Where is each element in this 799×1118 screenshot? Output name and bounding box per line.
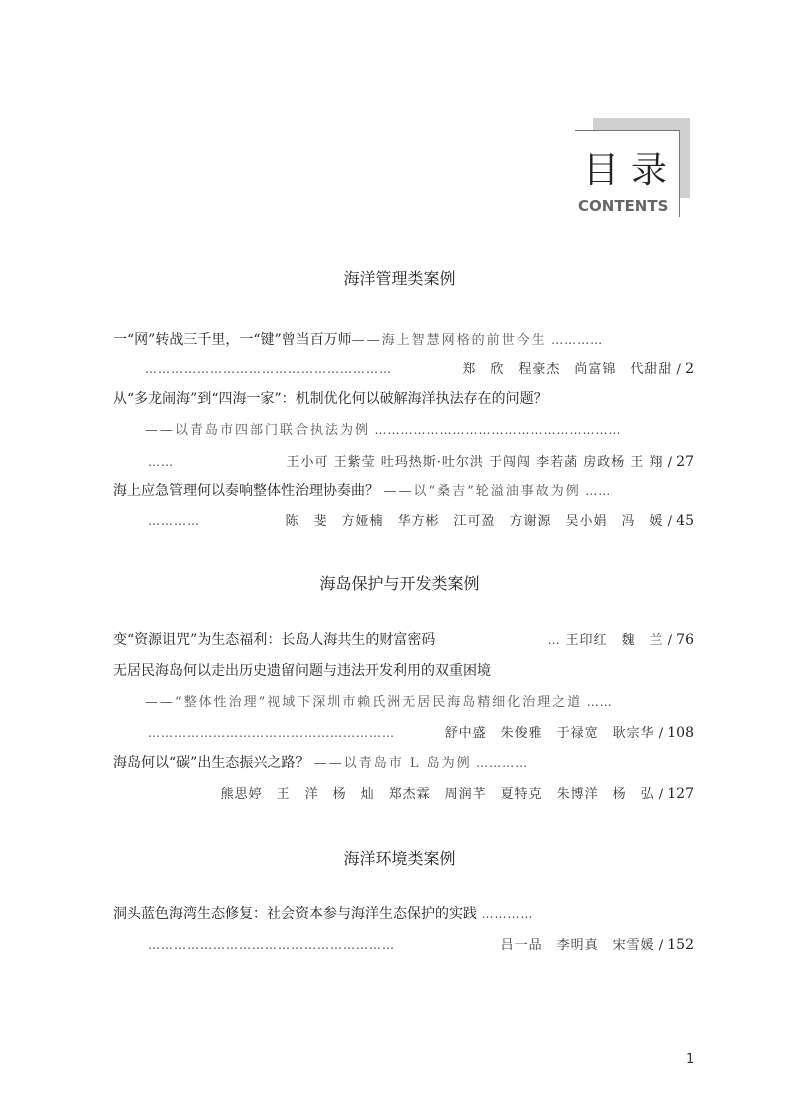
leader-dots: … <box>548 633 566 647</box>
entry-title: 一“网”转战三千里，一“键”曾当百万师 <box>113 332 352 348</box>
leader-dots: ………… <box>551 333 603 347</box>
toc-entry-title[interactable]: 海岛何以“碳”出生态振兴之路？ ——以青岛市 L 岛为例 ………… <box>113 754 528 773</box>
toc-entry-title[interactable]: 无居民海岛何以走出历史遗留问题与违法开发利用的双重困境 <box>113 662 491 680</box>
entry-subtitle: ——以青岛市四部门联合执法为例 <box>145 423 370 438</box>
toc-entry-authors: 舒中盛 朱俊雅 于禄宽 耿宗华 / 108 <box>445 724 694 743</box>
toc-entry-title[interactable]: 一“网”转战三千里，一“键”曾当百万师——海上智慧网格的前世今生 ………… <box>113 331 603 350</box>
toc-entry-authors: … 王印红 魏 兰 / 76 <box>548 631 694 650</box>
toc-entry-title[interactable]: 洞头蓝色海湾生态修复：社会资本参与海洋生态保护的实践 ………… <box>113 905 533 923</box>
entry-page-number[interactable]: 127 <box>667 786 694 802</box>
entry-subtitle: ——海上智慧网格的前世今生 <box>352 333 547 348</box>
entry-authors: 郑 欣 程豪杰 尚富锦 代甜甜 <box>462 362 672 377</box>
entry-subtitle: ——以“桑吉”轮溢油事故为例 <box>383 484 580 499</box>
entry-subtitle: ——以青岛市 L 岛为例 <box>314 756 472 771</box>
page-separator: / <box>672 362 685 377</box>
entry-subtitle: ——“整体性治理”视域下深圳市赖氏洲无居民海岛精细化治理之道 <box>145 695 582 710</box>
toc-entry-subtitle: ——“整体性治理”视域下深圳市赖氏洲无居民海岛精细化治理之道 …… <box>145 693 613 712</box>
toc-entry-subtitle: ——以青岛市四部门联合执法为例 ………………………………………………… <box>145 421 621 440</box>
section-heading-marine-management: 海洋管理类案例 <box>0 266 799 289</box>
section-heading-marine-environment: 海洋环境类案例 <box>0 846 799 869</box>
toc-entry-title[interactable]: 从“多龙闹海”到“四海一家”：机制优化何以破解海洋执法存在的问题？ <box>113 390 548 408</box>
toc-entry-authors: 吕一品 李明真 宋雪媛 / 152 <box>501 936 694 955</box>
entry-title: 海上应急管理何以奏响整体性治理协奏曲？ <box>113 483 379 499</box>
toc-entry-title[interactable]: 变“资源诅咒”为生态福利：长岛人海共生的财富密码 <box>113 631 435 649</box>
entry-authors: 熊思婷 王 洋 杨 灿 郑杰霖 周润芊 夏特克 朱博洋 杨 弘 <box>221 787 655 802</box>
page-separator: / <box>664 514 677 529</box>
page-separator: / <box>664 455 677 470</box>
leader-dots: …… <box>585 484 611 498</box>
entry-page-number[interactable]: 45 <box>676 513 694 529</box>
entry-title: 变“资源诅咒”为生态福利：长岛人海共生的财富密码 <box>113 632 435 648</box>
toc-entry-authors: 熊思婷 王 洋 杨 灿 郑杰霖 周润芊 夏特克 朱博洋 杨 弘 / 127 <box>221 785 694 804</box>
toc-entry-authors: 陈 斐 方娅楠 华方彬 江可盈 方谢源 吴小娟 冯 媛 / 45 <box>286 512 695 531</box>
leader-dots: ………………………………………………… <box>374 423 621 437</box>
entry-authors: 王小可 王紫莹 吐玛热斯·吐尔洪 于闯闯 李若菡 房政杨 王 翔 <box>286 455 663 470</box>
page-separator: / <box>655 726 668 741</box>
entry-authors: 王印红 魏 兰 <box>566 633 664 648</box>
leader-dots-line: ………………………………………………… <box>148 724 395 742</box>
entry-authors: 陈 斐 方娅楠 华方彬 江可盈 方谢源 吴小娟 冯 媛 <box>286 514 664 529</box>
page-separator: / <box>655 787 668 802</box>
entry-page-number[interactable]: 152 <box>667 937 694 953</box>
entry-page-number[interactable]: 76 <box>676 632 694 648</box>
entry-authors: 吕一品 李明真 宋雪媛 <box>501 938 655 953</box>
toc-entry-authors: 王小可 王紫莹 吐玛热斯·吐尔洪 于闯闯 李若菡 房政杨 王 翔 / 27 <box>286 453 694 472</box>
entry-title: 洞头蓝色海湾生态修复：社会资本参与海洋生态保护的实践 <box>113 906 477 922</box>
page-title-en: CONTENTS <box>578 197 668 215</box>
entry-title: 海岛何以“碳”出生态振兴之路？ <box>113 755 309 771</box>
entry-title: 从“多龙闹海”到“四海一家”：机制优化何以破解海洋执法存在的问题？ <box>113 391 548 407</box>
leader-dots-line: ………… <box>148 512 200 530</box>
entry-page-number[interactable]: 108 <box>667 725 694 741</box>
toc-entry-title[interactable]: 海上应急管理何以奏响整体性治理协奏曲？ ——以“桑吉”轮溢油事故为例 …… <box>113 482 611 501</box>
entry-title: 无居民海岛何以走出历史遗留问题与违法开发利用的双重困境 <box>113 663 491 679</box>
page-title: 目录 <box>583 142 679 193</box>
page-separator: / <box>655 938 668 953</box>
page-number-footer: 1 <box>686 1052 694 1067</box>
leader-dots: ………… <box>476 756 528 770</box>
leader-dots-line: …… <box>148 453 174 471</box>
leader-dots-line: ………………………………………………… <box>145 360 392 378</box>
section-heading-island-protection: 海岛保护与开发类案例 <box>0 571 799 594</box>
entry-page-number[interactable]: 2 <box>685 361 694 377</box>
leader-dots: ………… <box>481 907 533 921</box>
entry-page-number[interactable]: 27 <box>676 454 694 470</box>
page-separator: / <box>664 633 677 648</box>
leader-dots: …… <box>587 695 613 709</box>
leader-dots-line: ………………………………………………… <box>148 936 395 954</box>
toc-entry-authors: 郑 欣 程豪杰 尚富锦 代甜甜 / 2 <box>462 360 694 379</box>
entry-authors: 舒中盛 朱俊雅 于禄宽 耿宗华 <box>445 726 655 741</box>
